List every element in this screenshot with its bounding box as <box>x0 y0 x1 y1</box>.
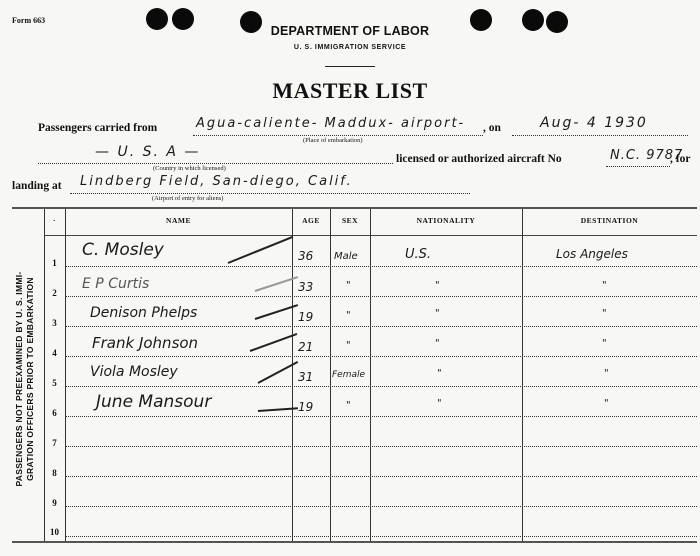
passenger-sex: Male <box>334 251 358 262</box>
row-number: 5 <box>44 378 65 388</box>
column-divider <box>292 209 293 541</box>
column-divider <box>330 209 331 541</box>
row-line <box>65 476 697 477</box>
row-number: 4 <box>44 348 65 358</box>
place-of-embarkation-value: Agua-caliente- Maddux- airport- <box>196 116 465 131</box>
country-field-line <box>38 163 393 164</box>
table-bottom-border <box>12 541 697 543</box>
row-number: 6 <box>44 408 65 418</box>
passenger-age: 33 <box>298 280 313 294</box>
passenger-nationality: " <box>435 280 440 291</box>
row-line <box>65 536 697 537</box>
passenger-sex: " <box>346 280 351 291</box>
row-line <box>65 296 697 297</box>
passenger-age: 21 <box>298 340 313 354</box>
passenger-age: 19 <box>298 310 313 324</box>
page-title: MASTER LIST <box>0 78 700 104</box>
passenger-name: E P Curtis <box>82 276 149 292</box>
row-line <box>65 326 697 327</box>
row-number: 8 <box>44 468 65 478</box>
passenger-destination: " <box>602 338 607 349</box>
airport-of-entry-value: Lindberg Field, San-diego, Calif. <box>80 174 353 189</box>
passenger-name: Viola Mosley <box>90 364 178 380</box>
row-line <box>65 416 697 417</box>
passenger-destination: " <box>604 398 609 409</box>
passenger-nationality: " <box>435 308 440 319</box>
passenger-sex: " <box>346 310 351 321</box>
column-header-number: · <box>44 216 65 225</box>
airport-of-entry-line <box>70 193 470 194</box>
passenger-nationality: " <box>437 398 442 409</box>
for-label: , for <box>670 153 690 165</box>
column-header-name: NAME <box>65 216 292 225</box>
passenger-name: Denison Phelps <box>90 305 197 321</box>
column-divider <box>65 209 66 541</box>
side-label-line-1: PASSENGERS NOT PREEXAMINED BY U. S. IMMI… <box>14 214 25 544</box>
on-label: , on <box>483 122 501 134</box>
licensed-label: licensed or authorized aircraft No <box>396 153 562 165</box>
column-header-sex: SEX <box>330 216 370 225</box>
service-subheading: U. S. IMMIGRATION SERVICE <box>0 44 700 51</box>
passenger-nationality: " <box>435 338 440 349</box>
column-header-age: AGE <box>292 216 330 225</box>
column-divider <box>522 209 523 541</box>
airport-of-entry-caption: (Airport of entry for aliens) <box>152 195 223 202</box>
check-stroke-icon <box>228 236 294 264</box>
department-heading: DEPARTMENT OF LABOR <box>0 24 700 38</box>
column-header-nationality: NATIONALITY <box>370 216 522 225</box>
landing-at-label: landing at <box>12 180 62 192</box>
passenger-name: C. Mosley <box>82 240 164 260</box>
header-divider <box>325 66 375 67</box>
passenger-nationality: U.S. <box>405 247 431 262</box>
row-line <box>65 506 697 507</box>
passenger-name: June Mansour <box>96 392 211 412</box>
carried-from-label: Passengers carried from <box>38 122 157 134</box>
row-number: 3 <box>44 318 65 328</box>
row-line <box>65 386 697 387</box>
row-number: 9 <box>44 498 65 508</box>
row-line <box>65 266 697 267</box>
country-value: — U. S. A — <box>95 144 200 160</box>
column-header-destination: DESTINATION <box>522 216 697 225</box>
passenger-destination: " <box>602 308 607 319</box>
embarkation-field-line <box>193 135 483 136</box>
side-label-line-2: GRATION OFFICERS PRIOR TO EMBARKATION <box>25 214 36 544</box>
row-number: 7 <box>44 438 65 448</box>
check-stroke-icon <box>250 333 298 352</box>
country-caption: (Country in which licensed) <box>153 165 226 172</box>
column-divider <box>370 209 371 541</box>
side-label-not-preexamined: PASSENGERS NOT PREEXAMINED BY U. S. IMMI… <box>14 214 36 544</box>
row-line <box>65 446 697 447</box>
passenger-age: 36 <box>298 249 313 263</box>
row-number: 1 <box>44 258 65 268</box>
passenger-name: Frank Johnson <box>92 334 198 352</box>
table-top-border <box>12 207 697 209</box>
passenger-age: 31 <box>298 370 313 384</box>
passenger-nationality: " <box>437 368 442 379</box>
passenger-sex: " <box>346 400 351 411</box>
passenger-destination: Los Angeles <box>556 247 628 261</box>
place-of-embarkation-caption: (Place of embarkation) <box>303 137 363 144</box>
row-number: 10 <box>44 527 65 537</box>
passenger-sex: " <box>346 340 351 351</box>
row-line <box>65 356 697 357</box>
aircraft-number-line <box>606 166 670 167</box>
row-number: 2 <box>44 288 65 298</box>
date-value: Aug- 4 1930 <box>540 115 648 131</box>
date-field-line <box>512 135 688 136</box>
passenger-destination: " <box>604 368 609 379</box>
passenger-sex: Female <box>332 370 365 380</box>
passenger-destination: " <box>602 280 607 291</box>
passenger-age: 19 <box>298 400 313 414</box>
